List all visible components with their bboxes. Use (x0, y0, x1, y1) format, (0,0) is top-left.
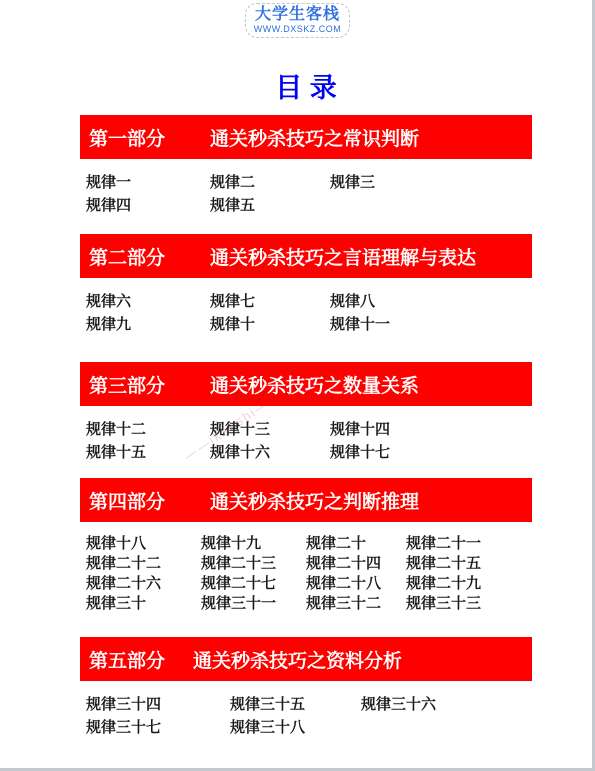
toc-item: 规律三十七 (86, 716, 230, 739)
toc-item: 规律十二 (86, 418, 210, 441)
toc-row: 规律二十六规律二十七规律二十八规律二十九 (86, 574, 532, 594)
toc-item: 规律二十八 (306, 574, 406, 594)
toc-section-1: 第一部分 通关秒杀技巧之常识判断 规律一规律二规律三规律四规律五 (80, 115, 532, 217)
section-banner: 第二部分 通关秒杀技巧之言语理解与表达 (80, 234, 532, 278)
toc-row: 规律九规律十规律十一 (86, 313, 532, 336)
toc-row: 规律三十七规律三十八 (86, 716, 532, 739)
toc-item: 规律二十七 (201, 574, 306, 594)
section-label: 第一部分 (89, 124, 165, 151)
section-banner: 第一部分 通关秒杀技巧之常识判断 (80, 115, 532, 159)
toc-item: 规律二十二 (86, 554, 201, 574)
toc-item: 规律十一 (330, 313, 390, 336)
toc-row: 规律十八规律十九规律二十规律二十一 (86, 534, 532, 554)
section-label: 第五部分 (89, 646, 165, 673)
site-logo-sticker: 大学生客栈 WWW.DXSKZ.COM (245, 3, 351, 38)
toc-row: 规律二十二规律二十三规律二十四规律二十五 (86, 554, 532, 574)
toc-item: 规律十四 (330, 418, 390, 441)
section-title: 通关秒杀技巧之判断推理 (210, 487, 419, 514)
toc-item: 规律一 (86, 171, 210, 194)
toc-item: 规律十八 (86, 534, 201, 554)
toc-row: 规律十五规律十六规律十七 (86, 441, 532, 464)
toc-item: 规律三十六 (361, 693, 436, 716)
toc-row: 规律三十四规律三十五规律三十六 (86, 693, 532, 716)
toc-item: 规律二十九 (406, 574, 481, 594)
site-logo-url: WWW.DXSKZ.COM (254, 24, 342, 35)
section-items: 规律六规律七规律八规律九规律十规律十一 (80, 290, 532, 336)
toc-section-5: 第五部分 通关秒杀技巧之资料分析 规律三十四规律三十五规律三十六规律三十七规律三… (80, 637, 532, 739)
section-label: 第二部分 (89, 243, 165, 270)
toc-item: 规律三十五 (230, 693, 361, 716)
toc-item: 规律十三 (210, 418, 330, 441)
section-banner: 第三部分 通关秒杀技巧之数量关系 (80, 362, 532, 406)
toc-item: 规律十七 (330, 441, 390, 464)
toc-item: 规律三十一 (201, 594, 306, 614)
toc-item: 规律五 (210, 194, 330, 217)
toc-item: 规律十五 (86, 441, 210, 464)
site-logo: 大学生客栈 WWW.DXSKZ.COM (0, 3, 595, 38)
toc-row: 规律四规律五 (86, 194, 532, 217)
section-items: 规律三十四规律三十五规律三十六规律三十七规律三十八 (80, 693, 532, 739)
toc-item: 规律二 (210, 171, 330, 194)
toc-row: 规律十二规律十三规律十四 (86, 418, 532, 441)
toc-item: 规律三 (330, 171, 375, 194)
section-label: 第三部分 (89, 371, 165, 398)
toc-item: 规律三十八 (230, 716, 361, 739)
section-title: 通关秒杀技巧之数量关系 (210, 371, 419, 398)
toc-item: 规律三十三 (406, 594, 481, 614)
toc-item: 规律十 (210, 313, 330, 336)
toc-row: 规律一规律二规律三 (86, 171, 532, 194)
toc-item: 规律二十一 (406, 534, 481, 554)
section-label: 第四部分 (89, 487, 165, 514)
section-items: 规律十八规律十九规律二十规律二十一规律二十二规律二十三规律二十四规律二十五规律二… (80, 534, 532, 614)
toc-item: 规律十六 (210, 441, 330, 464)
section-title: 通关秒杀技巧之言语理解与表达 (210, 243, 476, 270)
toc-section-3: 第三部分 通关秒杀技巧之数量关系 规律十二规律十三规律十四规律十五规律十六规律十… (80, 362, 532, 464)
toc-item: 规律三十四 (86, 693, 230, 716)
toc-item: 规律九 (86, 313, 210, 336)
toc-item: 规律二十三 (201, 554, 306, 574)
toc-item: 规律二十 (306, 534, 406, 554)
section-banner: 第五部分 通关秒杀技巧之资料分析 (80, 637, 532, 681)
section-title: 通关秒杀技巧之常识判断 (210, 124, 419, 151)
section-items: 规律一规律二规律三规律四规律五 (80, 171, 532, 217)
toc-item: 规律三十二 (306, 594, 406, 614)
toc-item: 规律七 (210, 290, 330, 313)
toc-item: 规律四 (86, 194, 210, 217)
section-banner: 第四部分 通关秒杀技巧之判断推理 (80, 478, 532, 522)
section-title: 通关秒杀技巧之资料分析 (193, 646, 402, 673)
site-logo-text: 大学生客栈 (254, 5, 342, 24)
toc-item: 规律八 (330, 290, 375, 313)
toc-row: 规律六规律七规律八 (86, 290, 532, 313)
toc-item: 规律二十四 (306, 554, 406, 574)
toc-item: 规律二十五 (406, 554, 481, 574)
toc-item: 规律六 (86, 290, 210, 313)
toc-section-2: 第二部分 通关秒杀技巧之言语理解与表达 规律六规律七规律八规律九规律十规律十一 (80, 234, 532, 336)
section-items: 规律十二规律十三规律十四规律十五规律十六规律十七 (80, 418, 532, 464)
toc-item: 规律三十 (86, 594, 201, 614)
toc-section-4: 第四部分 通关秒杀技巧之判断推理 规律十八规律十九规律二十规律二十一规律二十二规… (80, 478, 532, 614)
toc-item: 规律二十六 (86, 574, 201, 594)
page-title: 目 录 (80, 66, 532, 105)
toc-row: 规律三十规律三十一规律三十二规律三十三 (86, 594, 532, 614)
toc-item: 规律十九 (201, 534, 306, 554)
